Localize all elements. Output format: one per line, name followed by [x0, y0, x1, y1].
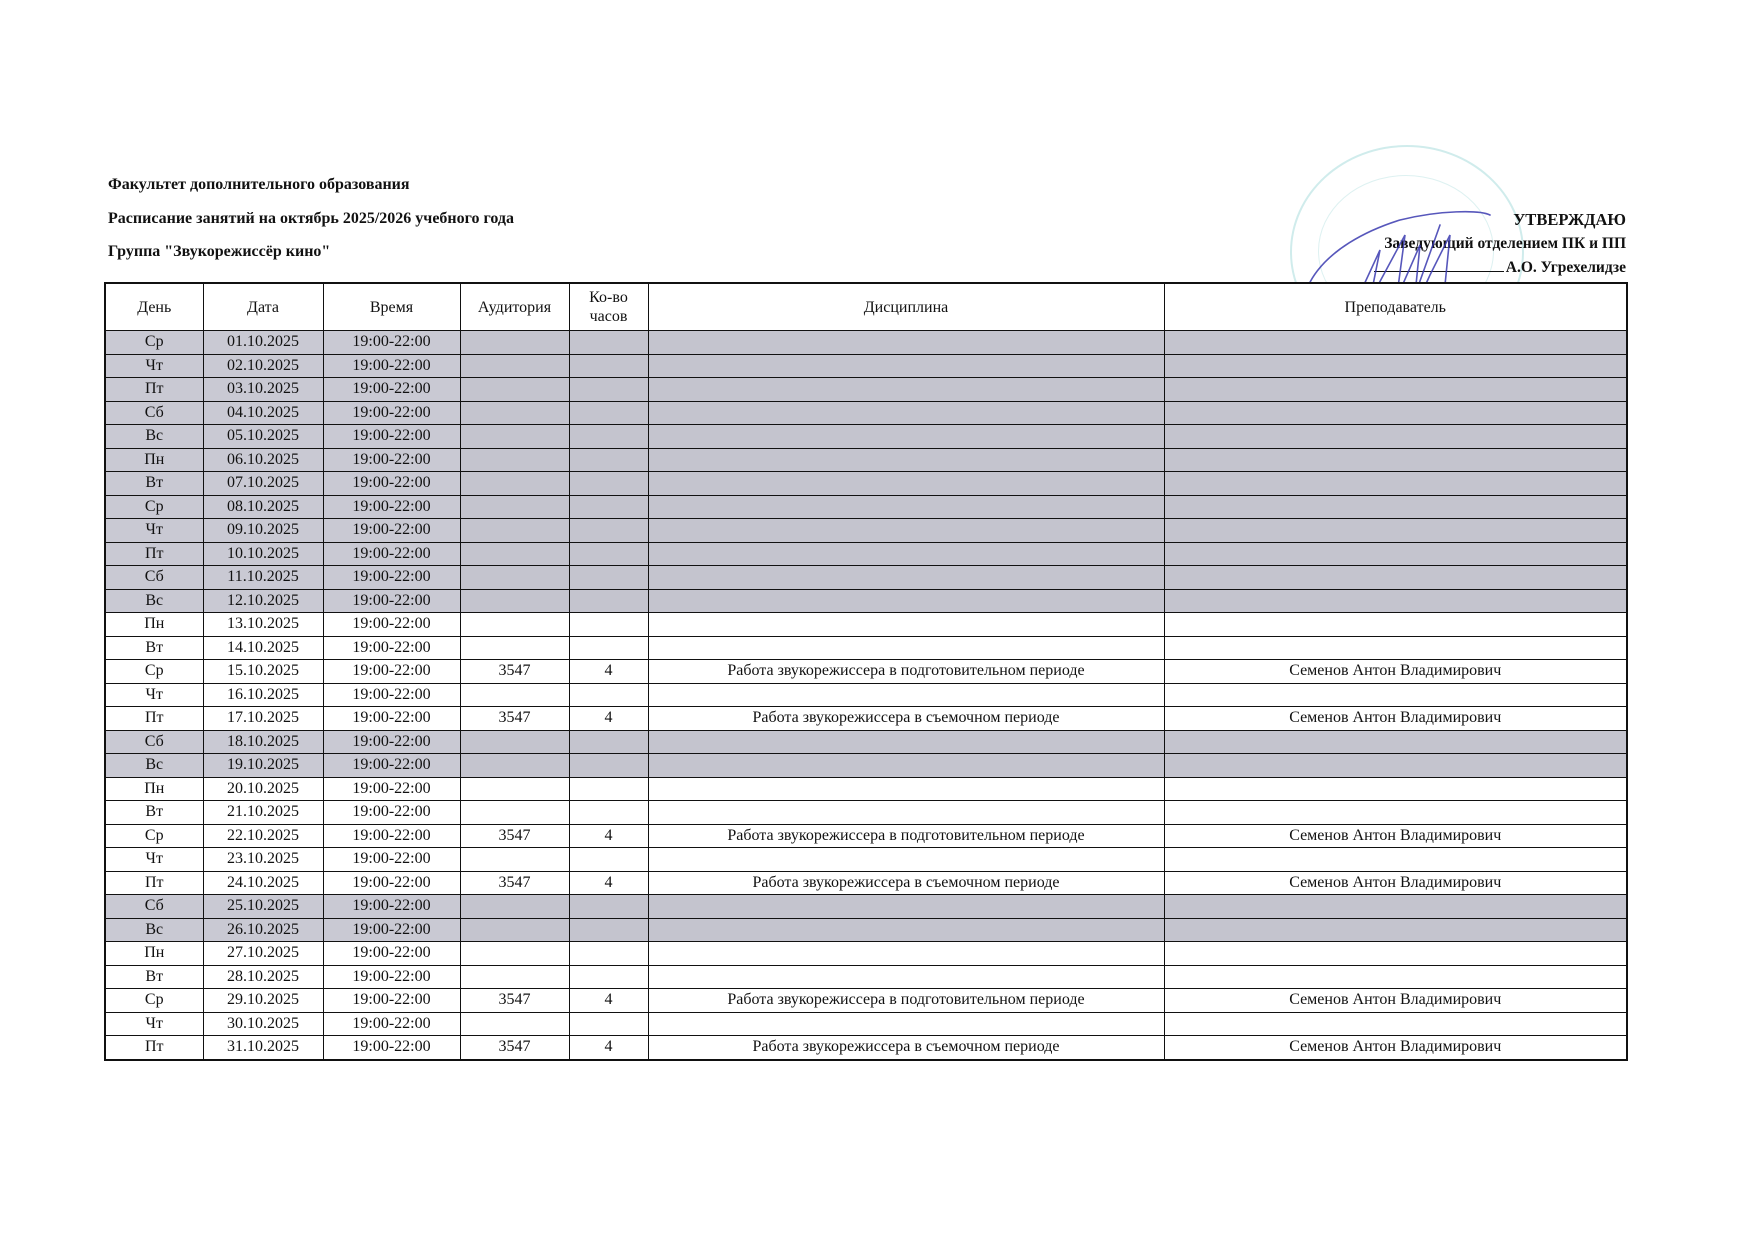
discipline-cell — [648, 1012, 1164, 1036]
time-cell: 19:00-22:00 — [323, 589, 460, 613]
hours-cell — [569, 448, 648, 472]
day-cell: Чт — [105, 1012, 203, 1036]
date-cell: 16.10.2025 — [203, 683, 323, 707]
table-row: Пт24.10.202519:00-22:0035474Работа звуко… — [105, 871, 1627, 895]
time-cell: 19:00-22:00 — [323, 425, 460, 449]
day-cell: Вт — [105, 472, 203, 496]
discipline-cell — [648, 472, 1164, 496]
discipline-cell — [648, 378, 1164, 402]
time-cell: 19:00-22:00 — [323, 660, 460, 684]
room-cell: 3547 — [460, 1036, 569, 1060]
discipline-cell — [648, 777, 1164, 801]
time-cell: 19:00-22:00 — [323, 989, 460, 1013]
date-cell: 21.10.2025 — [203, 801, 323, 825]
day-cell: Вс — [105, 589, 203, 613]
hours-cell — [569, 848, 648, 872]
table-row: Вс05.10.202519:00-22:00 — [105, 425, 1627, 449]
day-cell: Сб — [105, 401, 203, 425]
discipline-cell — [648, 448, 1164, 472]
date-cell: 19.10.2025 — [203, 754, 323, 778]
discipline-cell: Работа звукорежиссера в съемочном период… — [648, 871, 1164, 895]
date-cell: 02.10.2025 — [203, 354, 323, 378]
time-cell: 19:00-22:00 — [323, 542, 460, 566]
room-cell — [460, 895, 569, 919]
teacher-cell: Семенов Антон Владимирович — [1164, 989, 1627, 1013]
date-cell: 03.10.2025 — [203, 378, 323, 402]
discipline-cell — [648, 918, 1164, 942]
header-col-time: Время — [323, 283, 460, 331]
day-cell: Ср — [105, 989, 203, 1013]
room-cell: 3547 — [460, 660, 569, 684]
room-cell — [460, 777, 569, 801]
header-col-discipline: Дисциплина — [648, 283, 1164, 331]
time-cell: 19:00-22:00 — [323, 824, 460, 848]
table-row: Пт03.10.202519:00-22:00 — [105, 378, 1627, 402]
table-row: Вс12.10.202519:00-22:00 — [105, 589, 1627, 613]
time-cell: 19:00-22:00 — [323, 636, 460, 660]
day-cell: Вс — [105, 754, 203, 778]
table-row: Ср15.10.202519:00-22:0035474Работа звуко… — [105, 660, 1627, 684]
discipline-cell — [648, 589, 1164, 613]
schedule-table: ДеньДатаВремяАудиторияКо-во часовДисципл… — [104, 282, 1628, 1061]
date-cell: 05.10.2025 — [203, 425, 323, 449]
date-cell: 25.10.2025 — [203, 895, 323, 919]
time-cell: 19:00-22:00 — [323, 777, 460, 801]
discipline-cell — [648, 801, 1164, 825]
approver-position: Заведующий отделением ПК и ПП — [1374, 232, 1626, 256]
table-row: Пт17.10.202519:00-22:0035474Работа звуко… — [105, 707, 1627, 731]
time-cell: 19:00-22:00 — [323, 683, 460, 707]
date-cell: 24.10.2025 — [203, 871, 323, 895]
teacher-cell — [1164, 777, 1627, 801]
discipline-cell — [648, 331, 1164, 355]
schedule-title: Расписание занятий на октябрь 2025/2026 … — [108, 202, 514, 236]
hours-cell — [569, 331, 648, 355]
table-row: Чт16.10.202519:00-22:00 — [105, 683, 1627, 707]
teacher-cell — [1164, 425, 1627, 449]
teacher-cell — [1164, 848, 1627, 872]
room-cell — [460, 613, 569, 637]
table-row: Пт10.10.202519:00-22:00 — [105, 542, 1627, 566]
approval-block: УТВЕРЖДАЮ Заведующий отделением ПК и ПП … — [1374, 208, 1626, 280]
room-cell — [460, 636, 569, 660]
date-cell: 20.10.2025 — [203, 777, 323, 801]
day-cell: Чт — [105, 354, 203, 378]
time-cell: 19:00-22:00 — [323, 848, 460, 872]
hours-cell — [569, 754, 648, 778]
room-cell — [460, 754, 569, 778]
table-row: Ср08.10.202519:00-22:00 — [105, 495, 1627, 519]
discipline-cell — [648, 848, 1164, 872]
date-cell: 08.10.2025 — [203, 495, 323, 519]
discipline-cell — [648, 636, 1164, 660]
day-cell: Пт — [105, 871, 203, 895]
room-cell — [460, 683, 569, 707]
table-row: Чт30.10.202519:00-22:00 — [105, 1012, 1627, 1036]
discipline-cell — [648, 965, 1164, 989]
time-cell: 19:00-22:00 — [323, 965, 460, 989]
teacher-cell — [1164, 519, 1627, 543]
day-cell: Вс — [105, 425, 203, 449]
hours-cell — [569, 636, 648, 660]
day-cell: Пт — [105, 542, 203, 566]
teacher-cell — [1164, 331, 1627, 355]
time-cell: 19:00-22:00 — [323, 707, 460, 731]
date-cell: 28.10.2025 — [203, 965, 323, 989]
teacher-cell — [1164, 613, 1627, 637]
hours-cell: 4 — [569, 824, 648, 848]
day-cell: Сб — [105, 895, 203, 919]
header-col-teacher: Преподаватель — [1164, 283, 1627, 331]
room-cell: 3547 — [460, 707, 569, 731]
table-row: Сб18.10.202519:00-22:00 — [105, 730, 1627, 754]
date-cell: 17.10.2025 — [203, 707, 323, 731]
day-cell: Пт — [105, 378, 203, 402]
teacher-cell — [1164, 636, 1627, 660]
table-row: Сб25.10.202519:00-22:00 — [105, 895, 1627, 919]
hours-cell: 4 — [569, 1036, 648, 1060]
document-header: Факультет дополнительного образования Ра… — [108, 168, 514, 269]
discipline-cell — [648, 613, 1164, 637]
signature-line — [1374, 257, 1504, 272]
table-row: Пт31.10.202519:00-22:0035474Работа звуко… — [105, 1036, 1627, 1060]
hours-cell — [569, 965, 648, 989]
hours-cell — [569, 730, 648, 754]
room-cell — [460, 566, 569, 590]
teacher-cell: Семенов Антон Владимирович — [1164, 660, 1627, 684]
date-cell: 15.10.2025 — [203, 660, 323, 684]
day-cell: Вт — [105, 636, 203, 660]
room-cell — [460, 378, 569, 402]
date-cell: 11.10.2025 — [203, 566, 323, 590]
teacher-cell — [1164, 754, 1627, 778]
table-row: Вт07.10.202519:00-22:00 — [105, 472, 1627, 496]
day-cell: Пт — [105, 1036, 203, 1060]
teacher-cell — [1164, 472, 1627, 496]
header-col-date: Дата — [203, 283, 323, 331]
teacher-cell — [1164, 683, 1627, 707]
date-cell: 26.10.2025 — [203, 918, 323, 942]
teacher-cell — [1164, 589, 1627, 613]
room-cell — [460, 918, 569, 942]
day-cell: Сб — [105, 566, 203, 590]
room-cell — [460, 472, 569, 496]
teacher-cell — [1164, 942, 1627, 966]
hours-cell — [569, 472, 648, 496]
date-cell: 31.10.2025 — [203, 1036, 323, 1060]
approver-name-line: А.О. Угрехелидзе — [1374, 256, 1626, 280]
hours-cell — [569, 378, 648, 402]
room-cell: 3547 — [460, 871, 569, 895]
discipline-cell: Работа звукорежиссера в съемочном период… — [648, 1036, 1164, 1060]
date-cell: 30.10.2025 — [203, 1012, 323, 1036]
teacher-cell — [1164, 448, 1627, 472]
table-row: Ср01.10.202519:00-22:00 — [105, 331, 1627, 355]
discipline-cell: Работа звукорежиссера в съемочном период… — [648, 707, 1164, 731]
date-cell: 18.10.2025 — [203, 730, 323, 754]
teacher-cell — [1164, 1012, 1627, 1036]
date-cell: 07.10.2025 — [203, 472, 323, 496]
teacher-cell — [1164, 730, 1627, 754]
discipline-cell — [648, 354, 1164, 378]
hours-cell — [569, 683, 648, 707]
hours-cell: 4 — [569, 707, 648, 731]
day-cell: Пн — [105, 613, 203, 637]
approver-name: А.О. Угрехелидзе — [1506, 259, 1626, 276]
table-row: Чт09.10.202519:00-22:00 — [105, 519, 1627, 543]
table-row: Ср29.10.202519:00-22:0035474Работа звуко… — [105, 989, 1627, 1013]
room-cell — [460, 448, 569, 472]
teacher-cell — [1164, 895, 1627, 919]
date-cell: 22.10.2025 — [203, 824, 323, 848]
teacher-cell — [1164, 354, 1627, 378]
date-cell: 01.10.2025 — [203, 331, 323, 355]
table-row: Вс26.10.202519:00-22:00 — [105, 918, 1627, 942]
discipline-cell: Работа звукорежиссера в подготовительном… — [648, 824, 1164, 848]
hours-cell: 4 — [569, 989, 648, 1013]
time-cell: 19:00-22:00 — [323, 754, 460, 778]
teacher-cell — [1164, 542, 1627, 566]
teacher-cell — [1164, 378, 1627, 402]
table-row: Чт02.10.202519:00-22:00 — [105, 354, 1627, 378]
day-cell: Чт — [105, 848, 203, 872]
date-cell: 06.10.2025 — [203, 448, 323, 472]
room-cell — [460, 942, 569, 966]
date-cell: 23.10.2025 — [203, 848, 323, 872]
day-cell: Вт — [105, 801, 203, 825]
discipline-cell — [648, 942, 1164, 966]
date-cell: 04.10.2025 — [203, 401, 323, 425]
discipline-cell — [648, 730, 1164, 754]
table-row: Пн27.10.202519:00-22:00 — [105, 942, 1627, 966]
teacher-cell — [1164, 566, 1627, 590]
teacher-cell: Семенов Антон Владимирович — [1164, 1036, 1627, 1060]
hours-cell — [569, 589, 648, 613]
date-cell: 29.10.2025 — [203, 989, 323, 1013]
discipline-cell — [648, 495, 1164, 519]
room-cell — [460, 542, 569, 566]
day-cell: Ср — [105, 660, 203, 684]
hours-cell — [569, 425, 648, 449]
hours-cell — [569, 1012, 648, 1036]
discipline-cell — [648, 425, 1164, 449]
time-cell: 19:00-22:00 — [323, 918, 460, 942]
teacher-cell — [1164, 495, 1627, 519]
day-cell: Вт — [105, 965, 203, 989]
hours-cell — [569, 801, 648, 825]
discipline-cell — [648, 754, 1164, 778]
date-cell: 12.10.2025 — [203, 589, 323, 613]
day-cell: Чт — [105, 519, 203, 543]
room-cell — [460, 495, 569, 519]
faculty-title: Факультет дополнительного образования — [108, 168, 514, 202]
discipline-cell — [648, 519, 1164, 543]
table-row: Сб11.10.202519:00-22:00 — [105, 566, 1627, 590]
time-cell: 19:00-22:00 — [323, 448, 460, 472]
date-cell: 09.10.2025 — [203, 519, 323, 543]
day-cell: Чт — [105, 683, 203, 707]
room-cell — [460, 965, 569, 989]
room-cell: 3547 — [460, 989, 569, 1013]
hours-cell — [569, 918, 648, 942]
discipline-cell — [648, 566, 1164, 590]
day-cell: Ср — [105, 824, 203, 848]
table-row: Вт28.10.202519:00-22:00 — [105, 965, 1627, 989]
time-cell: 19:00-22:00 — [323, 942, 460, 966]
hours-cell — [569, 566, 648, 590]
teacher-cell — [1164, 401, 1627, 425]
day-cell: Ср — [105, 331, 203, 355]
discipline-cell — [648, 895, 1164, 919]
approve-label: УТВЕРЖДАЮ — [1374, 208, 1626, 232]
time-cell: 19:00-22:00 — [323, 895, 460, 919]
room-cell — [460, 354, 569, 378]
hours-cell — [569, 495, 648, 519]
date-cell: 10.10.2025 — [203, 542, 323, 566]
time-cell: 19:00-22:00 — [323, 801, 460, 825]
time-cell: 19:00-22:00 — [323, 613, 460, 637]
time-cell: 19:00-22:00 — [323, 730, 460, 754]
table-row: Чт23.10.202519:00-22:00 — [105, 848, 1627, 872]
time-cell: 19:00-22:00 — [323, 495, 460, 519]
time-cell: 19:00-22:00 — [323, 566, 460, 590]
room-cell — [460, 519, 569, 543]
hours-cell — [569, 354, 648, 378]
room-cell — [460, 425, 569, 449]
discipline-cell — [648, 683, 1164, 707]
date-cell: 27.10.2025 — [203, 942, 323, 966]
group-title: Группа "Звукорежиссёр кино" — [108, 235, 514, 269]
discipline-cell — [648, 542, 1164, 566]
teacher-cell — [1164, 965, 1627, 989]
teacher-cell: Семенов Антон Владимирович — [1164, 707, 1627, 731]
hours-cell: 4 — [569, 871, 648, 895]
hours-cell — [569, 519, 648, 543]
header-col-room: Аудитория — [460, 283, 569, 331]
discipline-cell — [648, 401, 1164, 425]
time-cell: 19:00-22:00 — [323, 472, 460, 496]
teacher-cell: Семенов Антон Владимирович — [1164, 824, 1627, 848]
discipline-cell: Работа звукорежиссера в подготовительном… — [648, 660, 1164, 684]
teacher-cell — [1164, 918, 1627, 942]
table-row: Ср22.10.202519:00-22:0035474Работа звуко… — [105, 824, 1627, 848]
time-cell: 19:00-22:00 — [323, 1012, 460, 1036]
day-cell: Вс — [105, 918, 203, 942]
teacher-cell: Семенов Антон Владимирович — [1164, 871, 1627, 895]
header-col-hours: Ко-во часов — [569, 283, 648, 331]
time-cell: 19:00-22:00 — [323, 378, 460, 402]
day-cell: Пн — [105, 942, 203, 966]
hours-cell — [569, 777, 648, 801]
room-cell — [460, 1012, 569, 1036]
teacher-cell — [1164, 801, 1627, 825]
discipline-cell: Работа звукорежиссера в подготовительном… — [648, 989, 1164, 1013]
table-header-row: ДеньДатаВремяАудиторияКо-во часовДисципл… — [105, 283, 1627, 331]
time-cell: 19:00-22:00 — [323, 331, 460, 355]
time-cell: 19:00-22:00 — [323, 519, 460, 543]
table-row: Вт14.10.202519:00-22:00 — [105, 636, 1627, 660]
date-cell: 13.10.2025 — [203, 613, 323, 637]
day-cell: Пн — [105, 448, 203, 472]
time-cell: 19:00-22:00 — [323, 871, 460, 895]
room-cell: 3547 — [460, 824, 569, 848]
room-cell — [460, 589, 569, 613]
day-cell: Пн — [105, 777, 203, 801]
table-row: Вс19.10.202519:00-22:00 — [105, 754, 1627, 778]
hours-cell — [569, 401, 648, 425]
day-cell: Ср — [105, 495, 203, 519]
time-cell: 19:00-22:00 — [323, 1036, 460, 1060]
time-cell: 19:00-22:00 — [323, 354, 460, 378]
day-cell: Сб — [105, 730, 203, 754]
day-cell: Пт — [105, 707, 203, 731]
time-cell: 19:00-22:00 — [323, 401, 460, 425]
table-row: Сб04.10.202519:00-22:00 — [105, 401, 1627, 425]
table-row: Пн13.10.202519:00-22:00 — [105, 613, 1627, 637]
room-cell — [460, 331, 569, 355]
header-col-day: День — [105, 283, 203, 331]
hours-cell — [569, 542, 648, 566]
hours-cell — [569, 895, 648, 919]
table-row: Пн06.10.202519:00-22:00 — [105, 448, 1627, 472]
hours-cell — [569, 942, 648, 966]
room-cell — [460, 401, 569, 425]
table-row: Вт21.10.202519:00-22:00 — [105, 801, 1627, 825]
hours-cell: 4 — [569, 660, 648, 684]
room-cell — [460, 730, 569, 754]
hours-cell — [569, 613, 648, 637]
room-cell — [460, 848, 569, 872]
table-row: Пн20.10.202519:00-22:00 — [105, 777, 1627, 801]
date-cell: 14.10.2025 — [203, 636, 323, 660]
room-cell — [460, 801, 569, 825]
